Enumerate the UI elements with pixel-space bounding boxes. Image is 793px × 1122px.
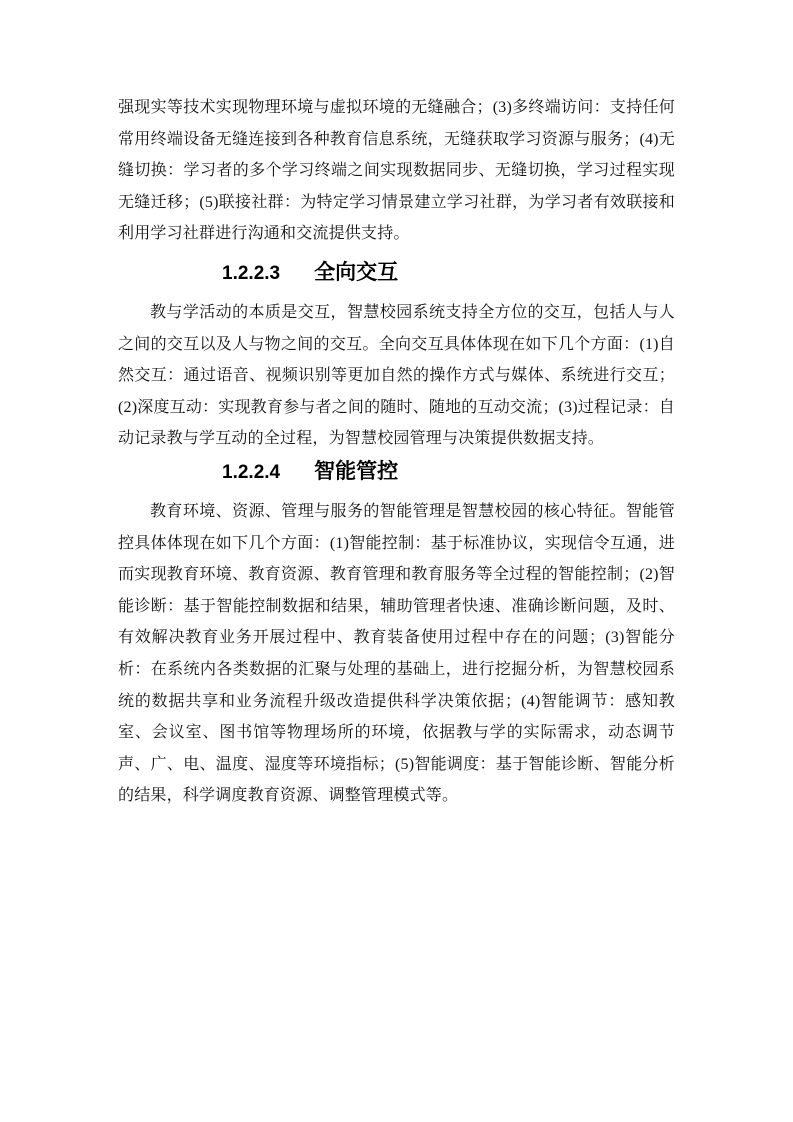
document-page: 强现实等技术实现物理环境与虚拟环境的无缝融合；(3)多终端访问：支持任何常用终端… (0, 0, 793, 1122)
section-heading-title: 智能管控 (314, 460, 398, 483)
section-heading-1-2-2-3: 1.2.2.3全向交互 (118, 256, 675, 290)
body-paragraph-continuation: 强现实等技术实现物理环境与虚拟环境的无缝融合；(3)多终端访问：支持任何常用终端… (118, 92, 675, 250)
section-heading-1-2-2-4: 1.2.2.4智能管控 (118, 455, 675, 489)
body-paragraph-intelligent-control: 教育环境、资源、管理与服务的智能管理是智慧校园的核心特征。智能管控具体体现在如下… (118, 496, 675, 812)
section-heading-number: 1.2.2.4 (222, 456, 280, 489)
body-paragraph-omni-interaction: 教与学活动的本质是交互，智慧校园系统支持全方位的交互，包括人与人之间的交互以及人… (118, 297, 675, 455)
section-heading-number: 1.2.2.3 (222, 257, 280, 290)
section-heading-title: 全向交互 (314, 261, 398, 284)
document-text-column: 强现实等技术实现物理环境与虚拟环境的无缝融合；(3)多终端访问：支持任何常用终端… (118, 0, 675, 812)
